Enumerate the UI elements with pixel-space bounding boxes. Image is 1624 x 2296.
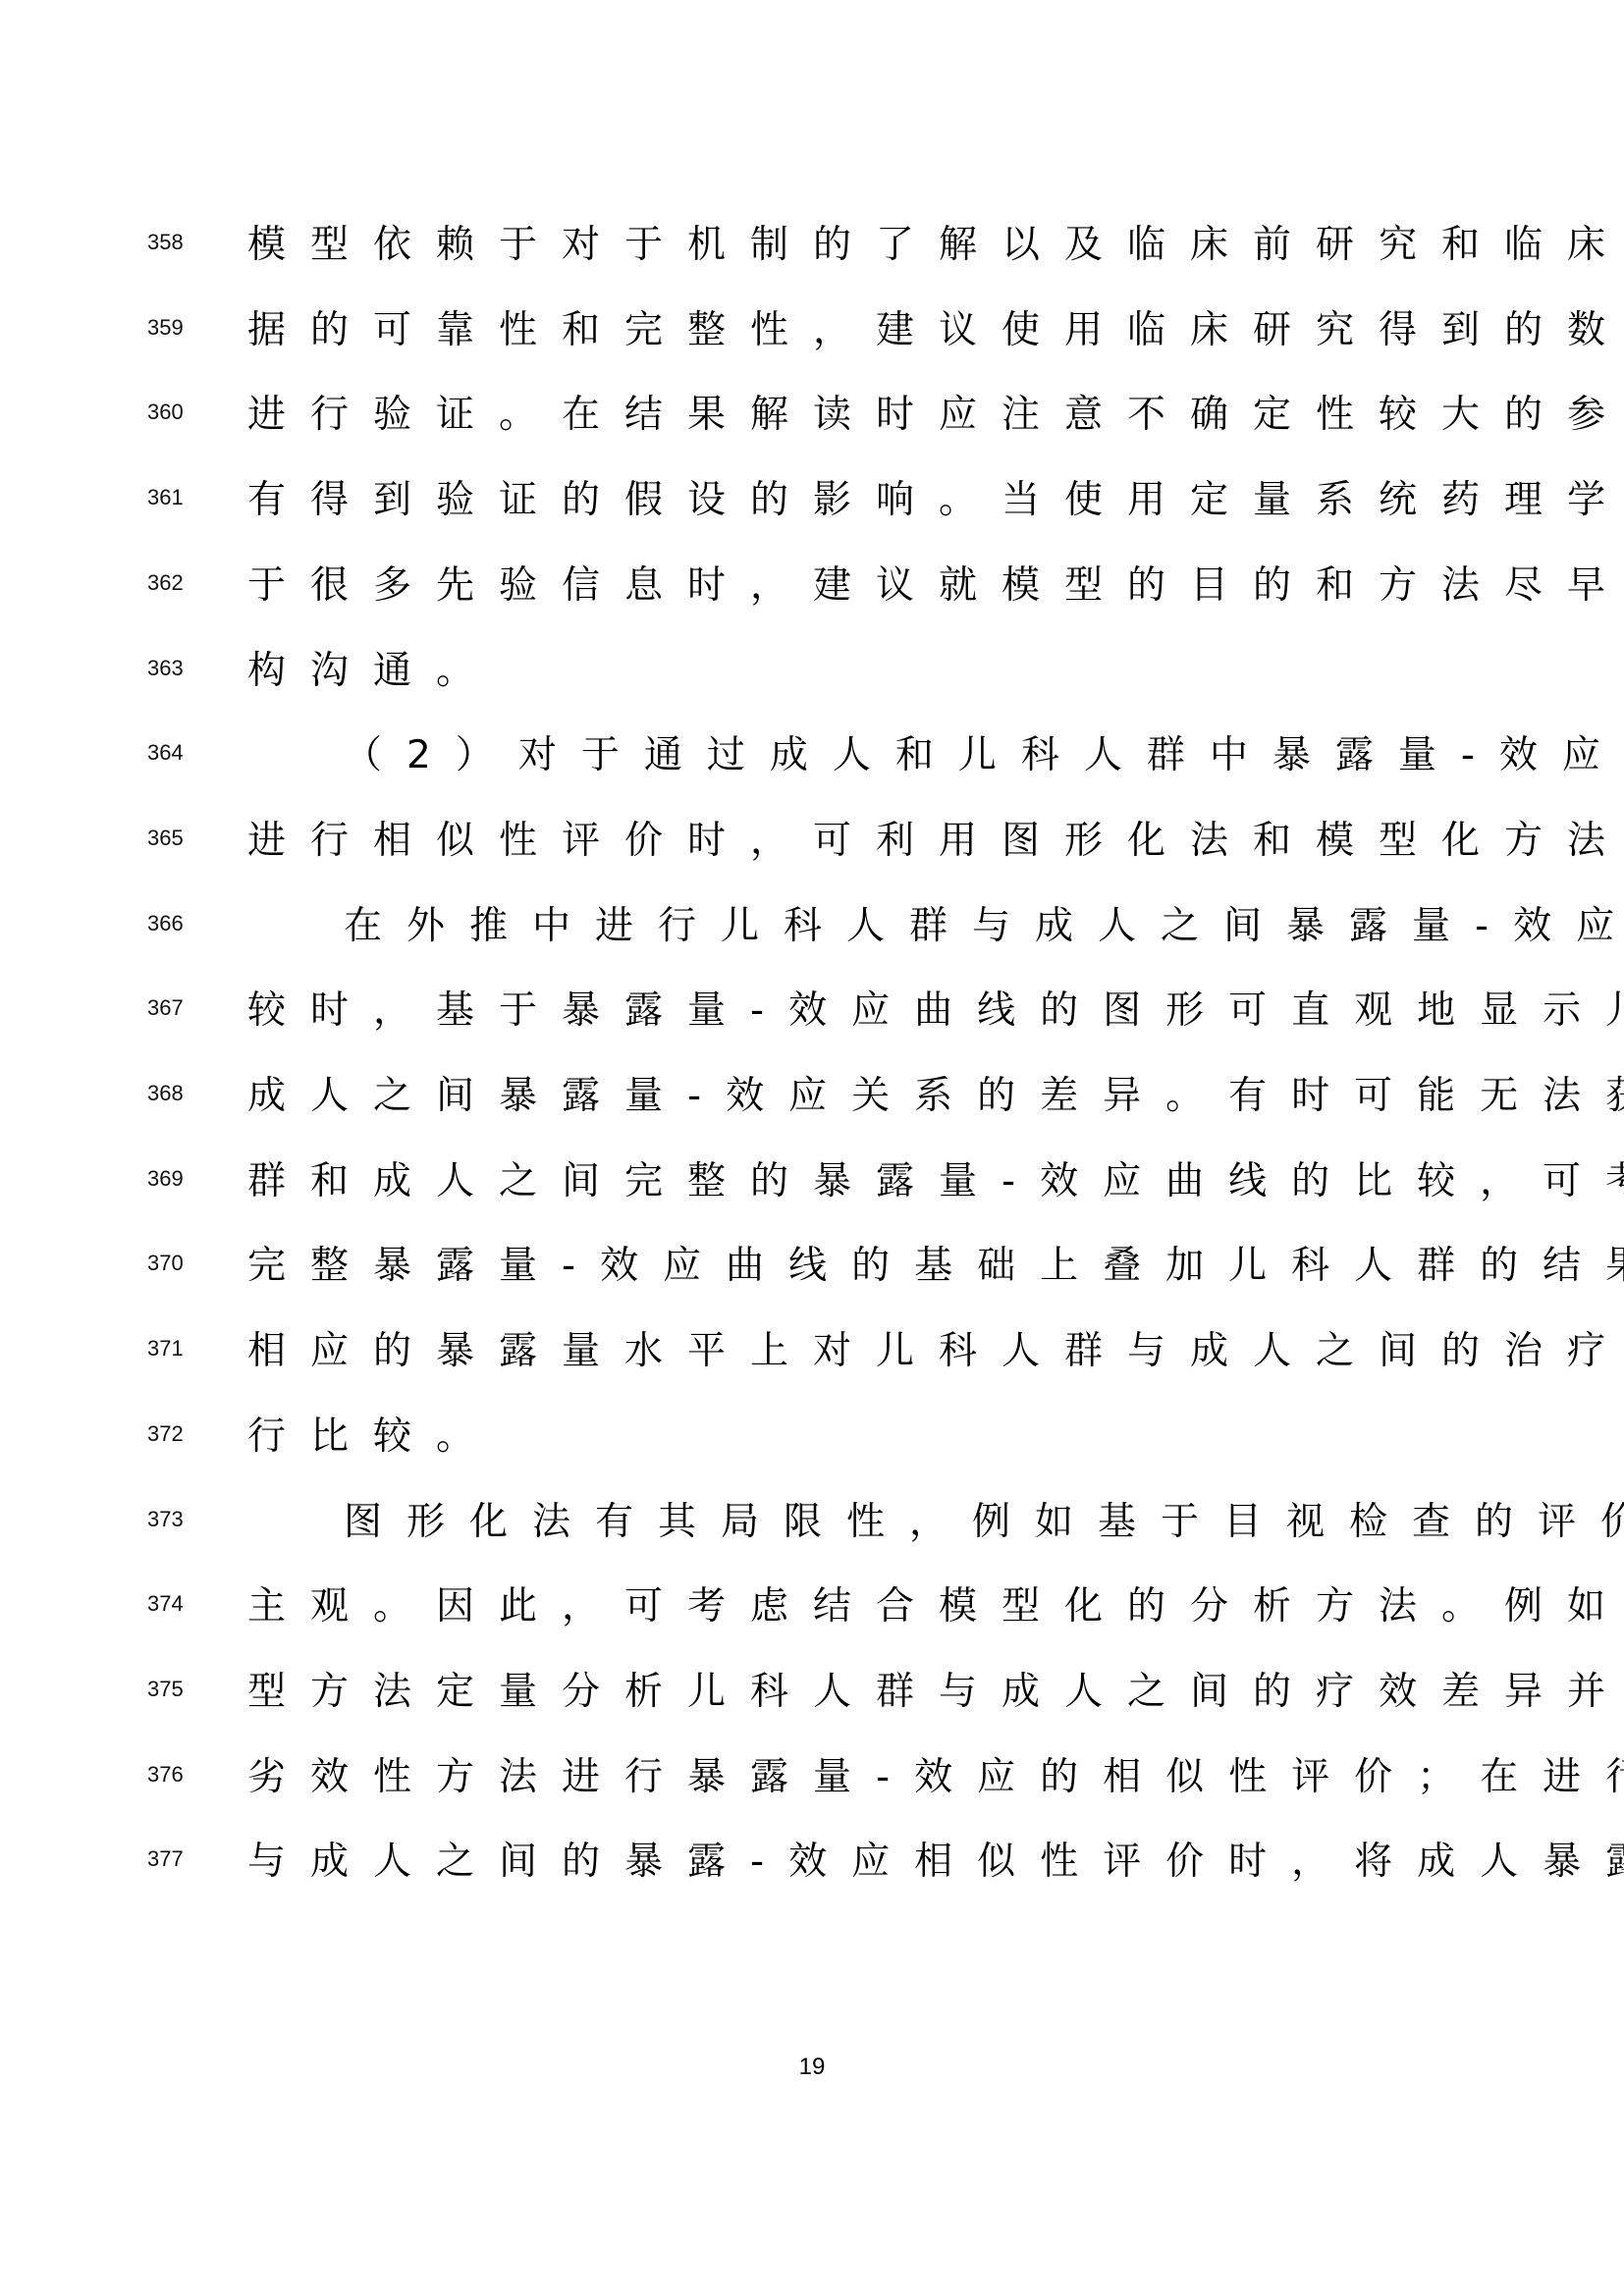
paragraph-line: 于很多先验信息时，建议就模型的目的和方法尽早与监管机 [247,543,1386,628]
paragraph-line: 构沟通。 [247,628,1386,714]
paragraph-line: 与成人之间的暴露-效应相似性评价时，将成人暴露量-效应 [247,1819,1386,1904]
paragraph-line: 据的可靠性和完整性，建议使用临床研究得到的数据对模型 [247,288,1386,373]
line-number: 358 [147,230,198,255]
text-line: 361有得到验证的假设的影响。当使用定量系统药理学的方法基 [0,457,1624,543]
line-number: 376 [147,1762,198,1788]
paragraph-line: 相应的暴露量水平上对儿科人群与成人之间的治疗反应进 [247,1308,1386,1394]
paragraph-first-line: （2）对于通过成人和儿科人群中暴露量-效应关系比较 [344,713,1386,798]
line-number: 360 [147,400,198,425]
paragraph-line: 主观。因此，可考虑结合模型化的分析方法。例如，通过模 [247,1564,1386,1649]
text-line: 376劣效性方法进行暴露量-效应的相似性评价；在进行儿科人群 [0,1735,1624,1820]
line-number: 365 [147,826,198,851]
paragraph-line: 型方法定量分析儿科人群与成人之间的疗效差异并基于非 [247,1649,1386,1735]
paragraph-line: 有得到验证的假设的影响。当使用定量系统药理学的方法基 [247,457,1386,543]
paragraph-line: 较时，基于暴露量-效应曲线的图形可直观地显示儿科人群和 [247,968,1386,1053]
line-number: 368 [147,1081,198,1106]
text-line: 365进行相似性评价时，可利用图形化法和模型化方法。 [0,798,1624,883]
text-line: 368成人之间暴露量-效应关系的差异。有时可能无法获得儿科人 [0,1053,1624,1139]
line-number: 370 [147,1251,198,1276]
text-line: 377与成人之间的暴露-效应相似性评价时，将成人暴露量-效应 [0,1819,1624,1904]
line-number: 375 [147,1677,198,1702]
paragraph-first-line: 图形化法有其局限性，例如基于目视检查的评价方法较 [344,1479,1386,1565]
text-line: 362于很多先验信息时，建议就模型的目的和方法尽早与监管机 [0,543,1624,628]
text-line: 359据的可靠性和完整性，建议使用临床研究得到的数据对模型 [0,288,1624,373]
paragraph-first-line: 在外推中进行儿科人群与成人之间暴露量-效应关系比 [344,883,1386,969]
text-line: 371相应的暴露量水平上对儿科人群与成人之间的治疗反应进 [0,1308,1624,1394]
text-line: 372行比较。 [0,1394,1624,1479]
paragraph-line: 完整暴露量-效应曲线的基础上叠加儿科人群的结果，从而在 [247,1223,1386,1308]
paragraph-line: 成人之间暴露量-效应关系的差异。有时可能无法获得儿科人 [247,1053,1386,1139]
line-number: 364 [147,740,198,766]
text-line: 367较时，基于暴露量-效应曲线的图形可直观地显示儿科人群和 [0,968,1624,1053]
paragraph-line: 行比较。 [247,1394,1386,1479]
line-number: 363 [147,656,198,681]
paragraph-line: 模型依赖于对于机制的了解以及临床前研究和临床研究数 [247,202,1386,288]
line-number: 367 [147,995,198,1021]
text-line: 358模型依赖于对于机制的了解以及临床前研究和临床研究数 [0,202,1624,288]
text-line: 364（2）对于通过成人和儿科人群中暴露量-效应关系比较 [0,713,1624,798]
line-number: 366 [147,911,198,936]
document-page: 358模型依赖于对于机制的了解以及临床前研究和临床研究数359据的可靠性和完整性… [0,0,1624,2296]
line-number: 372 [147,1421,198,1447]
text-line: 363构沟通。 [0,628,1624,714]
line-number: 371 [147,1336,198,1362]
paragraph-line: 进行验证。在结果解读时应注意不确定性较大的参数以及没 [247,372,1386,457]
text-line: 366在外推中进行儿科人群与成人之间暴露量-效应关系比 [0,883,1624,969]
text-line: 373图形化法有其局限性，例如基于目视检查的评价方法较 [0,1479,1624,1565]
paragraph-line: 劣效性方法进行暴露量-效应的相似性评价；在进行儿科人群 [247,1735,1386,1820]
text-line: 375型方法定量分析儿科人群与成人之间的疗效差异并基于非 [0,1649,1624,1735]
line-number: 359 [147,315,198,341]
line-number: 369 [147,1166,198,1192]
paragraph-line: 群和成人之间完整的暴露量-效应曲线的比较，可考虑在成人 [247,1139,1386,1224]
line-number: 377 [147,1846,198,1872]
paragraph-line: 进行相似性评价时，可利用图形化法和模型化方法。 [247,798,1386,883]
text-line: 374主观。因此，可考虑结合模型化的分析方法。例如，通过模 [0,1564,1624,1649]
line-number: 374 [147,1591,198,1617]
line-number: 361 [147,485,198,510]
line-number: 373 [147,1507,198,1532]
page-number: 19 [0,2054,1624,2081]
line-number: 362 [147,570,198,596]
text-line: 369群和成人之间完整的暴露量-效应曲线的比较，可考虑在成人 [0,1139,1624,1224]
text-line: 360进行验证。在结果解读时应注意不确定性较大的参数以及没 [0,372,1624,457]
text-line: 370完整暴露量-效应曲线的基础上叠加儿科人群的结果，从而在 [0,1223,1624,1308]
